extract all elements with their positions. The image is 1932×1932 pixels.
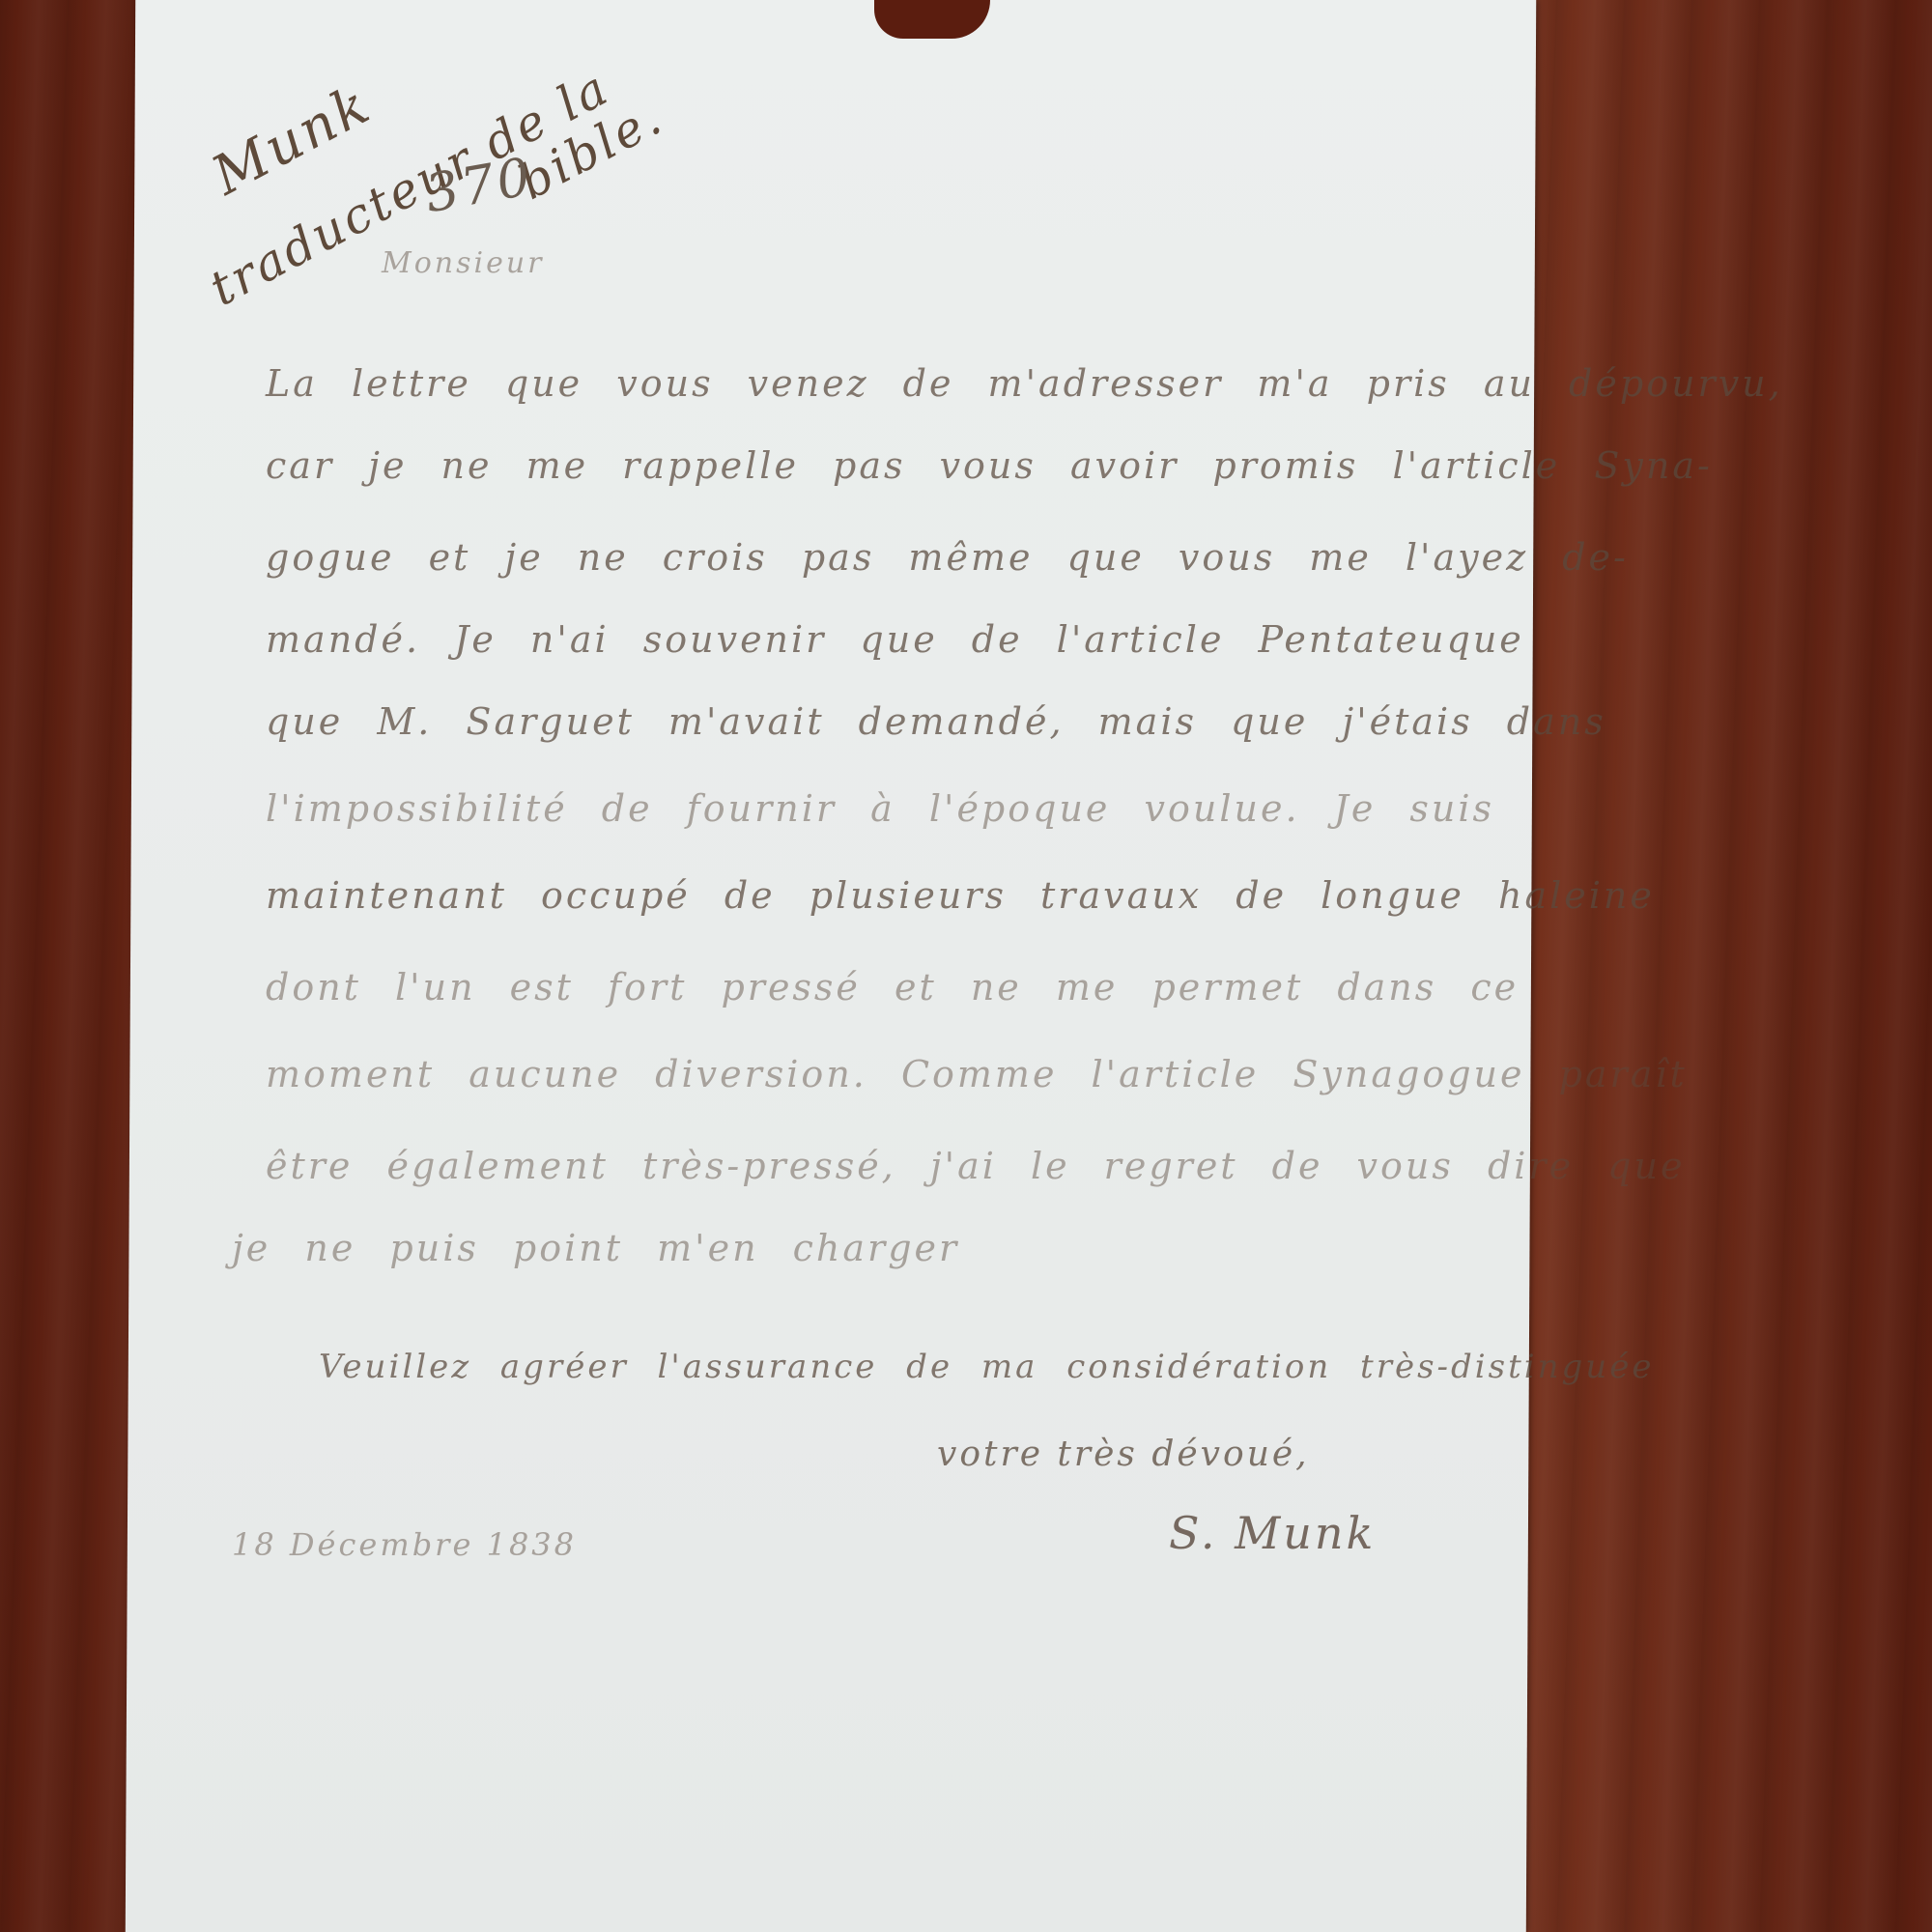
body-line: gogue et je ne crois pas même que vous m… bbox=[266, 536, 1629, 579]
body-line: être également très-pressé, j'ai le regr… bbox=[266, 1145, 1685, 1187]
salutation: Monsieur bbox=[382, 246, 545, 280]
body-line: dont l'un est fort pressé et ne me perme… bbox=[266, 966, 1519, 1009]
valediction: votre très dévoué, bbox=[937, 1435, 1310, 1474]
body-line: maintenant occupé de plusieurs travaux d… bbox=[266, 874, 1655, 917]
body-line: mandé. Je n'ai souvenir que de l'article… bbox=[266, 618, 1524, 661]
body-line: moment aucune diversion. Comme l'article… bbox=[266, 1053, 1688, 1095]
closing-formula: Veuillez agréer l'assurance de ma consid… bbox=[319, 1348, 1654, 1386]
letter-date: 18 Décembre 1838 bbox=[232, 1526, 577, 1563]
body-line: que M. Sarguet m'avait demandé, mais que… bbox=[266, 700, 1606, 743]
body-line: l'impossibilité de fournir à l'époque vo… bbox=[266, 787, 1494, 830]
signature: S. Munk bbox=[1169, 1507, 1376, 1559]
body-line: La lettre que vous venez de m'adresser m… bbox=[266, 362, 1783, 405]
body-line: je ne puis point m'en charger bbox=[232, 1227, 959, 1269]
body-line: car je ne me rappelle pas vous avoir pro… bbox=[266, 444, 1713, 487]
